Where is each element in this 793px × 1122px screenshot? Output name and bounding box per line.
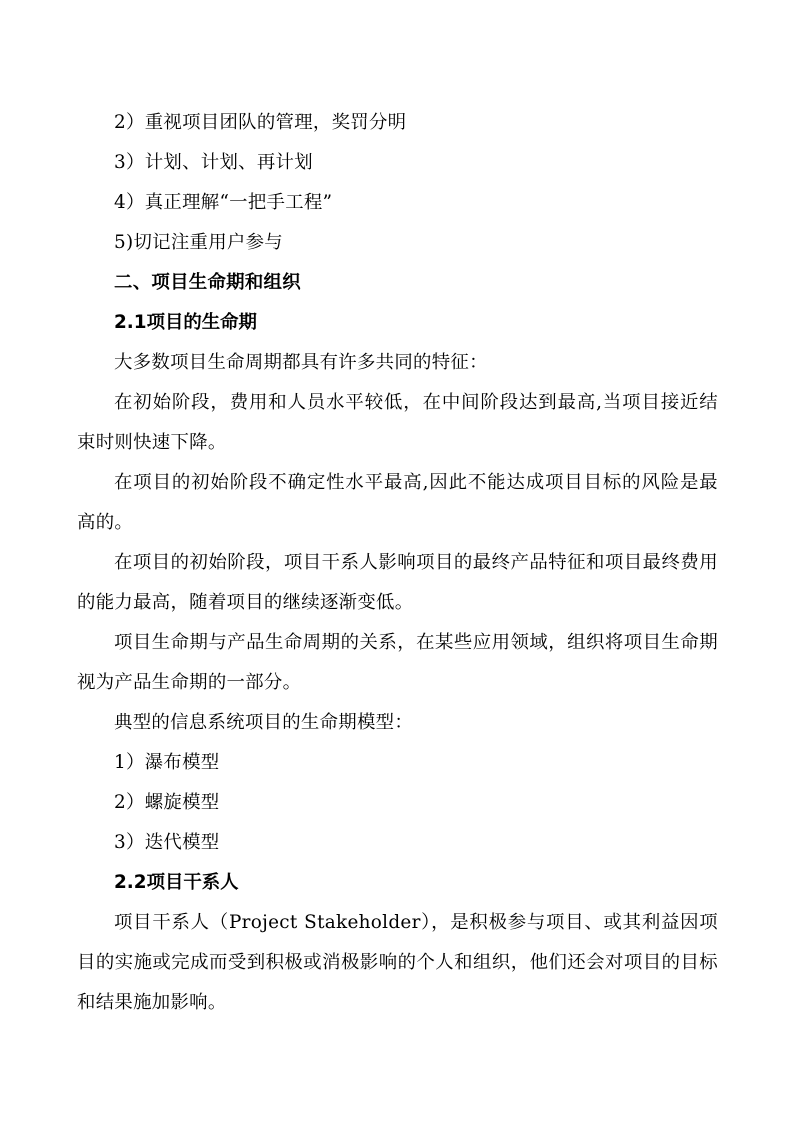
paragraph: 在初始阶段，费用和人员水平较低，在中间阶段达到最高,当项目接近结束时则快速下降。 bbox=[77, 383, 718, 463]
paragraph: 项目干系人（Project Stakeholder），是积极参与项目、或其利益因… bbox=[77, 903, 718, 1023]
document-page: 2）重视项目团队的管理，奖罚分明 3）计划、计划、再计划 4）真正理解“一把手工… bbox=[77, 103, 718, 1023]
list-item: 3）迭代模型 bbox=[77, 823, 718, 863]
paragraph: 在项目的初始阶段不确定性水平最高,因此不能达成项目目标的风险是最高的。 bbox=[77, 463, 718, 543]
list-item: 4）真正理解“一把手工程” bbox=[77, 183, 718, 223]
list-item: 2）重视项目团队的管理，奖罚分明 bbox=[77, 103, 718, 143]
section-heading: 二、项目生命期和组织 bbox=[77, 263, 718, 303]
list-item: 2）螺旋模型 bbox=[77, 783, 718, 823]
subsection-heading-2-2: 2.2项目干系人 bbox=[77, 863, 718, 903]
subsection-heading-2-1: 2.1项目的生命期 bbox=[77, 303, 718, 343]
paragraph: 在项目的初始阶段，项目干系人影响项目的最终产品特征和项目最终费用的能力最高，随着… bbox=[77, 543, 718, 623]
paragraph: 大多数项目生命周期都具有许多共同的特征： bbox=[77, 343, 718, 383]
paragraph: 项目生命期与产品生命周期的关系，在某些应用领域，组织将项目生命期视为产品生命期的… bbox=[77, 623, 718, 703]
paragraph: 典型的信息系统项目的生命期模型： bbox=[77, 703, 718, 743]
list-item: 5)切记注重用户参与 bbox=[77, 223, 718, 263]
list-item: 1）瀑布模型 bbox=[77, 743, 718, 783]
list-item: 3）计划、计划、再计划 bbox=[77, 143, 718, 183]
